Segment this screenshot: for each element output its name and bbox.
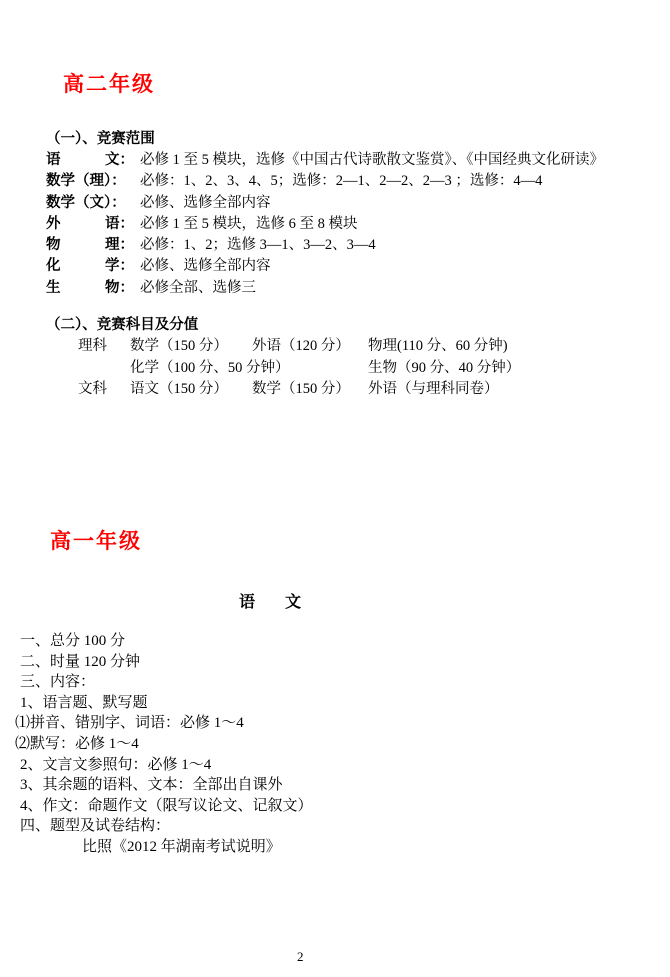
- list-line: 二、时量 120 分钟: [20, 652, 313, 673]
- subject-label: 数学（理）：: [46, 171, 134, 192]
- score-cell: 语文（150 分）: [130, 379, 252, 401]
- list-line: 2、文言文参照句：必修 1～4: [20, 755, 313, 776]
- subject-label: 外语：: [46, 214, 134, 235]
- score-cell: 化学（100 分、50 分钟）: [130, 358, 368, 380]
- scores-section-title: （二）、竞赛科目及分值: [46, 318, 198, 333]
- subject-label-right: 理：: [105, 235, 134, 256]
- subject-row: 数学（理）：必修：1、2、3、4、5；选修：2—1、2—2、2—3 ；选修：4—…: [46, 171, 604, 192]
- subject-content: 必修：1、2；选修 3—1、3—2、3—4: [140, 237, 376, 253]
- subject-label-left: 数学（文）：: [46, 193, 126, 214]
- subject-row: 生物：必修全部、选修三: [46, 278, 604, 299]
- list-line: 四、题型及试卷结构：: [20, 816, 313, 837]
- subject-label: 物理：: [46, 235, 134, 256]
- subject-label-left: 物: [46, 235, 61, 256]
- page-number: 2: [297, 950, 304, 963]
- subject-content: 必修全部、选修三: [140, 280, 256, 296]
- list-line: 比照《2012 年湖南考试说明》: [20, 837, 313, 858]
- score-cell: 数学（150 分）: [252, 379, 368, 401]
- list-line: ⑵默写：必修 1～4: [15, 734, 313, 755]
- subject-content: 必修 1 至 5 模块，选修 6 至 8 模块: [140, 216, 358, 232]
- subject-label-left: 语: [46, 150, 61, 171]
- list-line: 三、内容：: [20, 672, 313, 693]
- subject-row: 物理：必修：1、2；选修 3—1、3—2、3—4: [46, 235, 604, 256]
- list-line: 1、语言题、默写题: [20, 693, 313, 714]
- subject-label-left: 外: [46, 214, 61, 235]
- subject-title-char: 文: [285, 595, 301, 611]
- scope-subject-list: 语文：必修 1 至 5 模块，选修《中国古代诗歌散文鉴赏》、《中国经典文化研读》…: [46, 150, 604, 299]
- list-line: ⑴拼音、错别字、词语：必修 1～4: [15, 713, 313, 734]
- subject-row: 数学（文）：必修、选修全部内容: [46, 193, 604, 214]
- grade-2-heading: 高二年级: [63, 74, 155, 95]
- document-page: 高二年级 （一）、竞赛范围 语文：必修 1 至 5 模块，选修《中国古代诗歌散文…: [0, 0, 670, 977]
- subject-row: 外语：必修 1 至 5 模块，选修 6 至 8 模块: [46, 214, 604, 235]
- exam-outline-list: 一、总分 100 分 二、时量 120 分钟 三、内容： 1、语言题、默写题 ⑴…: [20, 631, 313, 858]
- subject-label-left: 数学（理）：: [46, 171, 126, 192]
- score-cell: 数学（150 分）: [130, 336, 252, 358]
- list-line: 一、总分 100 分: [20, 631, 313, 652]
- subject-label: 化学：: [46, 256, 134, 277]
- subject-title-chinese: 语 文: [0, 595, 540, 611]
- subject-row: 化学：必修、选修全部内容: [46, 256, 604, 277]
- subject-label-right: 学：: [105, 256, 134, 277]
- subject-content: 必修、选修全部内容: [140, 195, 271, 211]
- subject-title-char: 语: [239, 595, 255, 611]
- list-line: 4、作文：命题作文（限写议论文、记叙文）: [20, 796, 313, 817]
- score-cell: 生物（90 分、40 分钟）: [368, 358, 520, 380]
- subject-label: 语文：: [46, 150, 134, 171]
- subject-label-left: 生: [46, 278, 61, 299]
- grade-1-heading: 高一年级: [50, 531, 142, 552]
- subject-row: 语文：必修 1 至 5 模块，选修《中国古代诗歌散文鉴赏》、《中国经典文化研读》: [46, 150, 604, 171]
- score-track-label: 文科: [78, 379, 130, 401]
- subject-label: 数学（文）：: [46, 193, 134, 214]
- score-track-label: 理科: [78, 336, 130, 358]
- score-cell: 外语（与理科同卷）: [368, 379, 520, 401]
- score-table: 理科 数学（150 分） 外语（120 分） 物理(110 分、60 分钟) 化…: [78, 336, 520, 401]
- subject-label-right: 语：: [105, 214, 134, 235]
- score-track-label: [78, 358, 130, 380]
- subject-content: 必修、选修全部内容: [140, 258, 271, 274]
- subject-label: 生物：: [46, 278, 134, 299]
- subject-label-right: 文：: [105, 150, 134, 171]
- score-cell: 物理(110 分、60 分钟): [368, 336, 520, 358]
- subject-content: 必修 1 至 5 模块，选修《中国古代诗歌散文鉴赏》、《中国经典文化研读》: [140, 152, 604, 168]
- score-cell: 外语（120 分）: [252, 336, 368, 358]
- subject-label-left: 化: [46, 256, 61, 277]
- scope-section-title: （一）、竞赛范围: [46, 132, 155, 147]
- subject-content: 必修：1、2、3、4、5；选修：2—1、2—2、2—3 ；选修：4—4: [140, 173, 542, 189]
- subject-label-right: 物：: [105, 278, 134, 299]
- list-line: 3、其余题的语料、文本：全部出自课外: [20, 775, 313, 796]
